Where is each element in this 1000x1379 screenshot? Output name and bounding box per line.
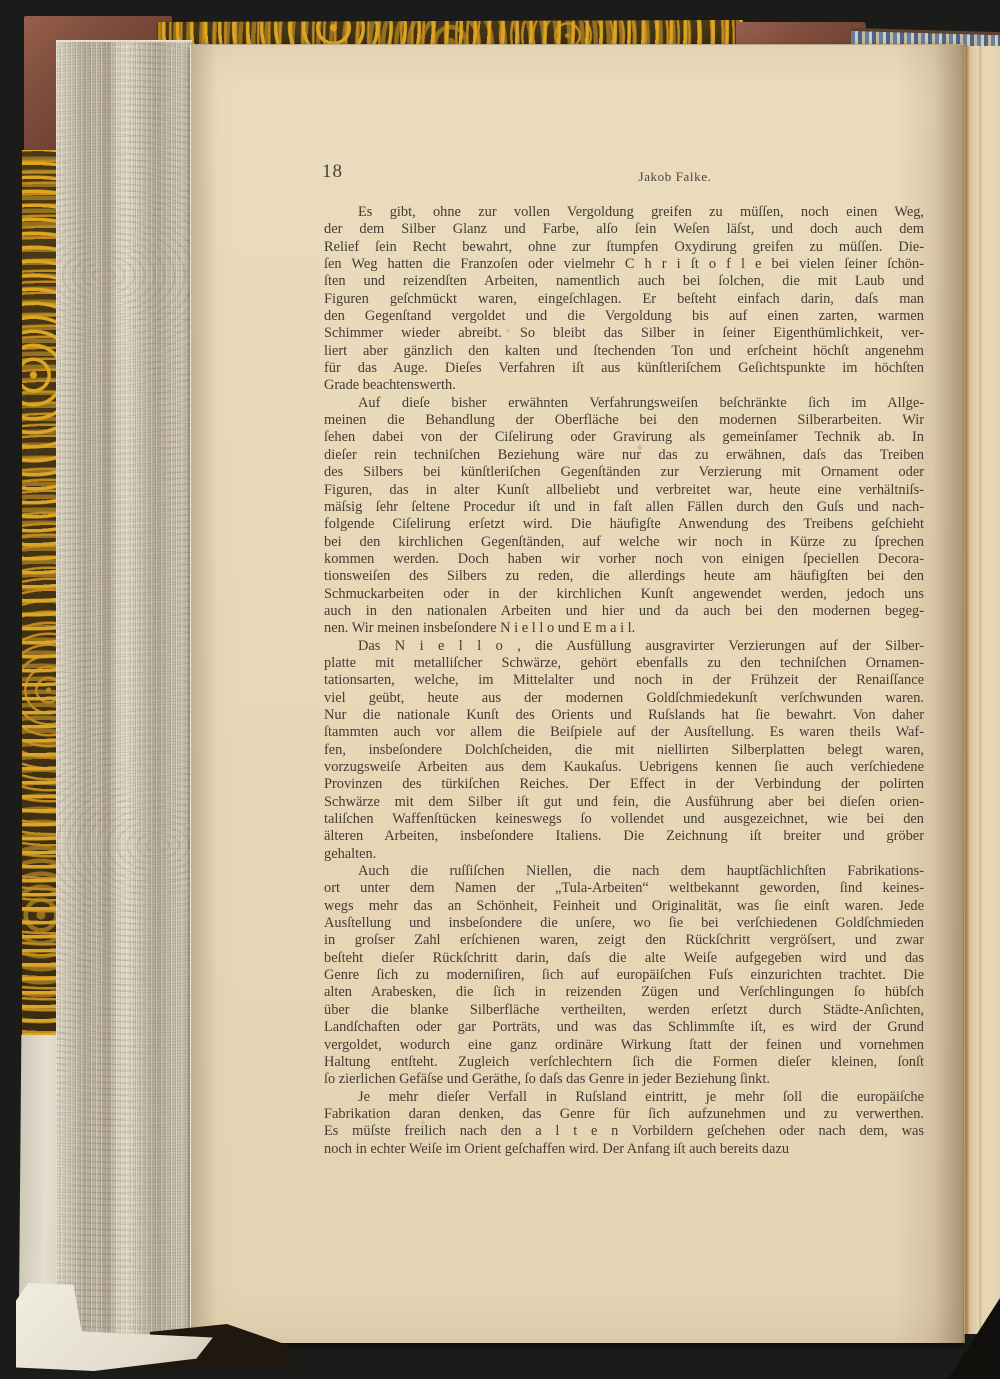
paragraph: Es gibt, ohne zur vollen Vergoldung grei…	[324, 204, 924, 395]
text-line: Es gibt, ohne zur vollen Vergoldung grei…	[324, 204, 924, 221]
text-line: in groſser Zahl erſchienen waren, zeigt …	[324, 932, 924, 949]
text-line: der dem Silber Glanz und Farbe, alſo ſei…	[324, 221, 924, 238]
text-line: noch in echter Weiſe im Orient geſchaffe…	[324, 1141, 924, 1158]
text-line: tationsarten, welche, im Mittelalter und…	[324, 672, 924, 689]
text-line: Schwärze mit dem Silber iſt gut und fein…	[324, 794, 924, 811]
paragraph: Je mehr dieſer Verfall in Ruſsland eintr…	[324, 1089, 924, 1158]
text-line: Das N i e l l o , die Ausfüllung ausgrav…	[324, 638, 924, 655]
text-line: folgende Ciſelirung erſetzt wird. Die hä…	[324, 516, 924, 533]
text-line: Es müſste freilich nach den a l t e n Vo…	[324, 1123, 924, 1140]
text-line: Auch die ruſſiſchen Niellen, die nach de…	[324, 863, 924, 880]
text-line: vergoldet, wodurch eine ganz ordinäre Wi…	[324, 1037, 924, 1054]
text-line: ſten und reizendſten Arbeiten, namentlic…	[324, 273, 924, 290]
text-line: platte mit metalliſcher Schwärze, gehört…	[324, 655, 924, 672]
text-line: ſen Weg hatten die Franzoſen oder vielme…	[324, 256, 924, 273]
text-line: für das Auge. Dieſes Verfahren iſt aus k…	[324, 360, 924, 377]
text-line: über die blanke Silberfläche vertheilten…	[324, 1002, 924, 1019]
text-line: gehalten.	[324, 846, 924, 863]
text-line: liert aber gänzlich den kalten und ſtech…	[324, 343, 924, 360]
text-line: Landſchaften oder gar Porträts, und was …	[324, 1019, 924, 1036]
text-line: Figuren, das in alter Kunſt allbeliebt u…	[324, 482, 924, 499]
text-line: Grade beachtenswerth.	[324, 377, 924, 394]
text-line: kommen werden. Doch haben wir vorher noc…	[324, 551, 924, 568]
text-line: fen, insbeſondere Dolchſcheiden, die mit…	[324, 742, 924, 759]
page-number: 18	[322, 161, 343, 183]
text-line: bei den kirchlichen Gegenſtänden, auf we…	[324, 534, 924, 551]
text-line: tionsweiſen des Silbers zu reden, die al…	[324, 568, 924, 585]
marbled-board-left-edge	[22, 150, 60, 1050]
text-line: ſo zierlichen Gefäſse und Geräthe, ſo da…	[324, 1071, 924, 1088]
text-line: vorzugsweiſe Arbeiten aus dem Kaukaſus. …	[324, 759, 924, 776]
paragraph: Das N i e l l o , die Ausfüllung ausgrav…	[324, 638, 924, 863]
text-line: Ausſtellung und insbeſondere die unſere,…	[324, 915, 924, 932]
text-line: Schmuckarbeiten oder in der kirchlichen …	[324, 586, 924, 603]
text-line: des Silbers bei künſtleriſchen Gegenſtän…	[324, 464, 924, 481]
running-header: Jakob Falke.	[575, 169, 775, 185]
text-line: wegs mehr das an Schönheit, Feinheit und…	[324, 898, 924, 915]
text-line: Figuren geſchmückt waren, eingeſchlagen.…	[324, 291, 924, 308]
text-line: Relief ſein Recht bewahrt, ohne zur ſtum…	[324, 239, 924, 256]
text-line: viel geübt, heute aus der modernen Goldſ…	[324, 690, 924, 707]
text-line: meinen die Behandlung der Oberfläche bei…	[324, 412, 924, 429]
text-line: ſtammten auch vor allem die Beiſpiele au…	[324, 724, 924, 741]
paragraph: Auch die ruſſiſchen Niellen, die nach de…	[324, 863, 924, 1088]
text-block: Es gibt, ohne zur vollen Vergoldung grei…	[324, 204, 924, 1158]
marbled-board-top-edge	[158, 20, 743, 47]
text-line: Provinzen des türkiſchen Reiches. Der Ef…	[324, 776, 924, 793]
text-line: Je mehr dieſer Verfall in Ruſsland eintr…	[324, 1089, 924, 1106]
text-line: ort unter dem Namen der „Tula-Arbeiten“ …	[324, 880, 924, 897]
text-line: mäſsig ſehr ſeltene Procedur iſt und in …	[324, 499, 924, 516]
text-line: älteren Arbeiten, insbeſondere Italiens.…	[324, 828, 924, 845]
text-line: den Gegenſtand vergoldet und die Vergold…	[324, 308, 924, 325]
text-line: Haltung entſteht. Zugleich verſchlechter…	[324, 1054, 924, 1071]
text-line: dieſer rein techniſchen Beziehung wäre n…	[324, 447, 924, 464]
text-line: Fabrikation daran denken, das Genre für …	[324, 1106, 924, 1123]
gutter-and-facing-page	[964, 46, 1000, 1334]
text-line: nen. Wir meinen insbeſondere N i e l l o…	[324, 620, 924, 637]
paragraph: Auf dieſe bisher erwähnten Verfahrungswe…	[324, 395, 924, 638]
text-line: Genre ſich zu moderniſiren, ſich auf eur…	[324, 967, 924, 984]
book-scan: 18 Jakob Falke. Es gibt, ohne zur vollen…	[0, 0, 1000, 1379]
text-line: taliſchen Waffenſtücken keineswegs ſo vo…	[324, 811, 924, 828]
fore-edge-page-stack	[56, 40, 192, 1338]
text-line: Auf dieſe bisher erwähnten Verfahrungswe…	[324, 395, 924, 412]
text-line: Schimmer wieder abreibt. So bleibt das S…	[324, 325, 924, 342]
text-line: alten Arabesken, die ſich in reizenden Z…	[324, 984, 924, 1001]
text-line: beſteht dieſer Rückſchritt darin, daſs d…	[324, 950, 924, 967]
text-line: auch in den nationalen Arbeiten und hier…	[324, 603, 924, 620]
text-line: ſehen dabei von der Ciſelirung oder Grav…	[324, 429, 924, 446]
text-line: Nur die nationale Kunſt des Orients und …	[324, 707, 924, 724]
